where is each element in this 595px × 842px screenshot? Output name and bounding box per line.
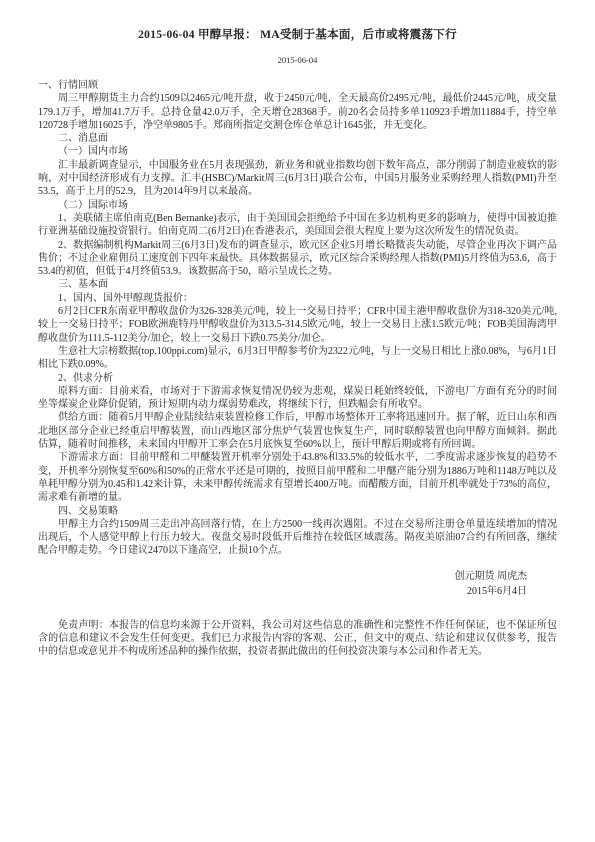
- paragraph-international-2: 2、数据编制机构Markit周三(6月3日)发布的调查显示，欧元区企业5月增长略…: [38, 239, 557, 279]
- paragraph-market-review: 周三甲醇期货主力合约1509以2465元/吨开盘，收于2450元/吨，全天最高价…: [38, 92, 557, 132]
- subsection-heading-spot-quotes: 1、国内、国外甲醇现货报价：: [38, 292, 557, 305]
- subsection-heading-domestic-market: （一）国内市场: [38, 145, 557, 158]
- section-heading-market-review: 一、行情回顾: [38, 79, 557, 92]
- report-date: 2015-06-04: [38, 55, 557, 65]
- paragraph-raw-materials: 原料方面：目前来看，市场对于下游需求恢复情况仍较为悲观，煤炭日耗始终较低，下游电…: [38, 385, 557, 412]
- section-heading-fundamentals: 三、基本面: [38, 278, 557, 291]
- report-title: 2015-06-04 甲醇早报： MA受制于基本面，后市或将震荡下行: [38, 28, 557, 42]
- paragraph-domestic-market: 汇丰最新调查显示，中国服务业在5月表现强劲，新业务和就业指数均创下数年高点，部分…: [38, 159, 557, 199]
- paragraph-international-1: 1、美联储主席伯南克(Ben Bernanke)表示，由于美国国会拒绝给予中国在…: [38, 212, 557, 239]
- signature-author: 创元期货 周虎杰: [38, 569, 527, 584]
- subsection-heading-supply-demand: 2、供求分析: [38, 372, 557, 385]
- disclaimer-text: 免责声明：本报告的信息均来源于公开资料，我公司对这些信息的准确性和完整性不作任何…: [38, 619, 557, 659]
- paragraph-supply: 供给方面：随着5月甲醇企业陆续结束装置检修工作后，甲醇市场整体开工率将迅速回升。…: [38, 411, 557, 451]
- paragraph-spot-quotes: 6月2日CFR东南亚甲醇收盘价为326-328美元/吨，较上一交易日持平；CFR…: [38, 305, 557, 345]
- report-body: 一、行情回顾 周三甲醇期货主力合约1509以2465元/吨开盘，收于2450元/…: [38, 79, 557, 558]
- paragraph-downstream-demand: 下游需求方面：目前甲醛和二甲醚装置开机率分别处于43.8%和33.5%的较低水平…: [38, 451, 557, 504]
- section-heading-news: 二、消息面: [38, 132, 557, 145]
- subsection-heading-international-market: （二）国际市场: [38, 199, 557, 212]
- signature-block: 创元期货 周虎杰 2015年6月4日: [38, 569, 557, 599]
- section-heading-trading-strategy: 四、交易策略: [38, 505, 557, 518]
- report-page: 2015-06-04 甲醇早报： MA受制于基本面，后市或将震荡下行 2015-…: [0, 0, 595, 842]
- paragraph-price-reference: 生意社大宗榜数据(top.100ppi.com)显示，6月3日甲醇参考价为232…: [38, 345, 557, 372]
- signature-date: 2015年6月4日: [38, 584, 527, 599]
- paragraph-trading-strategy: 甲醇主力合约1509周三走出冲高回落行情，在上方2500一线再次遇阻。不过在交易…: [38, 518, 557, 558]
